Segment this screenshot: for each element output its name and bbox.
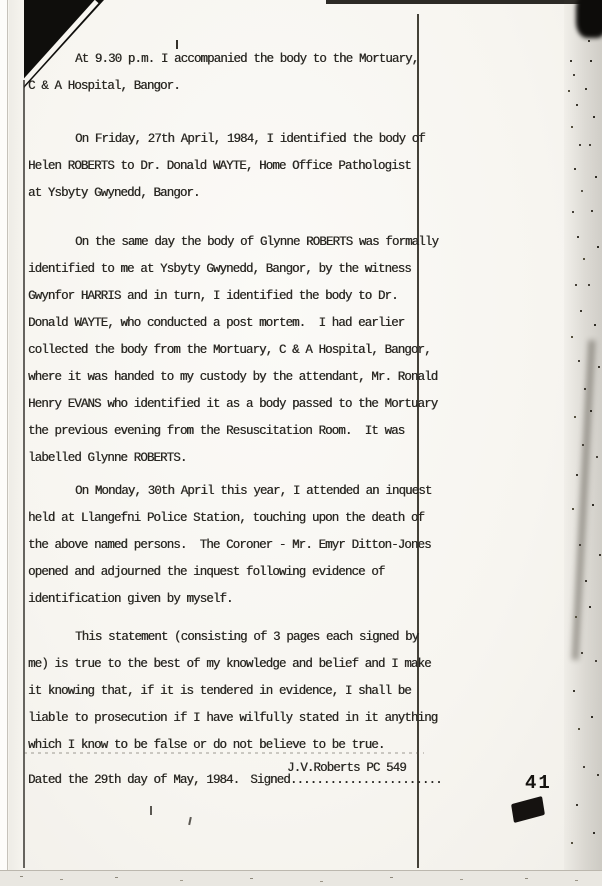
text-line: At 9.30 p.m. I accompanied the body to t…	[28, 46, 458, 73]
paragraph: On Monday, 30th April this year, I atten…	[28, 478, 458, 613]
paragraph: On Friday, 27th April, 1984, I identifie…	[28, 126, 458, 207]
text-line: where it was handed to my custody by the…	[28, 364, 458, 391]
text-line: me) is true to the best of my knowledge …	[28, 651, 458, 678]
text-line: identified to me at Ysbyty Gwynedd, Bang…	[28, 256, 458, 283]
text-line: held at Llangefni Police Station, touchi…	[28, 505, 458, 532]
text-line: identification given by myself.	[28, 586, 458, 613]
text-line: Henry EVANS who identified it as a body …	[28, 391, 458, 418]
scan-left-shadow	[9, 0, 24, 886]
text-line: at Ysbyty Gwynedd, Bangor.	[28, 180, 458, 207]
scanned-document: { "page": { "page_number": "41", "paragr…	[0, 0, 602, 886]
signature-text: J.V.Roberts PC 549	[287, 755, 406, 782]
text-line: liable to prosecution if I have wilfully…	[28, 705, 458, 732]
statement-body: At 9.30 p.m. I accompanied the body to t…	[28, 46, 458, 794]
scan-bottom-speckles	[20, 876, 23, 877]
redaction-mark	[511, 796, 545, 823]
dated-text: Dated the 29th day of May, 1984.	[28, 773, 239, 787]
stray-typewriter-mark	[188, 817, 192, 825]
text-line: On the same day the body of Glynne ROBER…	[28, 229, 458, 256]
paragraph: On the same day the body of Glynne ROBER…	[28, 229, 458, 472]
scan-bottom-edge	[0, 870, 602, 886]
text-line: it knowing that, if it is tendered in ev…	[28, 678, 458, 705]
dated-signature-row: Dated the 29th day of May, 1984.Signed..…	[28, 767, 458, 794]
paragraph: At 9.30 p.m. I accompanied the body to t…	[28, 46, 458, 100]
text-line: Gwynfor HARRIS and in turn, I identified…	[28, 283, 458, 310]
text-line: On Monday, 30th April this year, I atten…	[28, 478, 458, 505]
text-line: On Friday, 27th April, 1984, I identifie…	[28, 126, 458, 153]
text-line: the previous evening from the Resuscitat…	[28, 418, 458, 445]
paragraph: This statement (consisting of 3 pages ea…	[28, 624, 458, 759]
scan-top-edge-shadow	[326, 0, 602, 4]
text-line: C & A Hospital, Bangor.	[28, 73, 458, 100]
text-line: labelled Glynne ROBERTS.	[28, 445, 458, 472]
text-line: collected the body from the Mortuary, C …	[28, 337, 458, 364]
text-line: the above named persons. The Coroner - M…	[28, 532, 458, 559]
scan-page-left-edge	[0, 0, 8, 886]
text-line: opened and adjourned the inquest followi…	[28, 559, 458, 586]
stray-typewriter-mark	[150, 806, 152, 815]
photocopy-border-left	[23, 80, 25, 868]
text-line: Donald WAYTE, who conducted a post morte…	[28, 310, 458, 337]
page-number: 41	[525, 772, 552, 794]
scan-corner-blot	[576, 0, 602, 38]
scan-speckles	[588, 40, 590, 42]
text-line: Helen ROBERTS to Dr. Donald WAYTE, Home …	[28, 153, 458, 180]
scan-speckles	[570, 60, 572, 62]
signed-label: Signed	[250, 773, 290, 787]
text-line: This statement (consisting of 3 pages ea…	[28, 624, 458, 651]
